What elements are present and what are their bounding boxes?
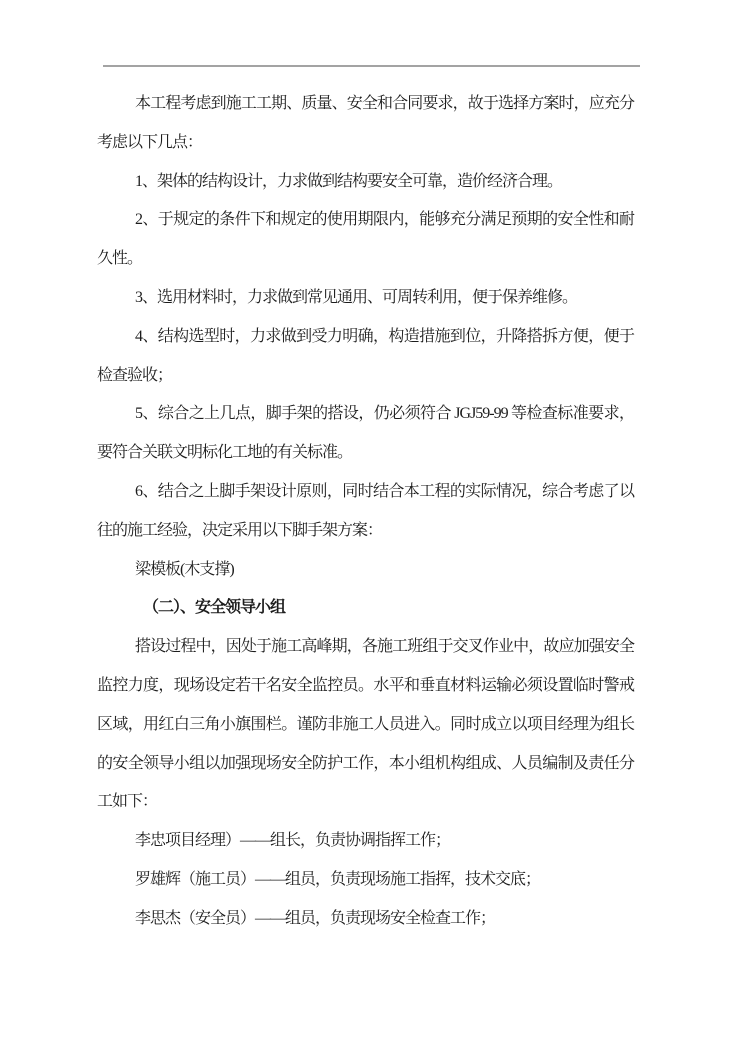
document-page: 本工程考虑到施工工期、质量、安全和合同要求，故于选择方案时，应充分考虑以下几点：… <box>0 0 744 1052</box>
document-body: 本工程考虑到施工工期、质量、安全和合同要求，故于选择方案时，应充分考虑以下几点：… <box>97 85 634 939</box>
paragraph: 李忠项目经理）——组长，负责协调指挥工作； <box>97 822 634 861</box>
section-heading: （二）、安全领导小组 <box>97 589 634 628</box>
paragraph: 3、选用材料时，力求做到常见通用、可周转利用，便于保养维修。 <box>97 279 634 318</box>
paragraph: 搭设过程中，因处于施工高峰期，各施工班组于交叉作业中，故应加强安全监控力度，现场… <box>97 628 634 822</box>
paragraph: 梁模板(木支撑) <box>97 551 634 590</box>
paragraph: 2、于规定的条件下和规定的使用期限内，能够充分满足预期的安全性和耐久性。 <box>97 201 634 279</box>
header-divider <box>103 65 640 67</box>
paragraph: 1、架体的结构设计，力求做到结构要安全可靠，造价经济合理。 <box>97 163 634 202</box>
paragraph: 本工程考虑到施工工期、质量、安全和合同要求，故于选择方案时，应充分考虑以下几点： <box>97 85 634 163</box>
paragraph: 4、结构选型时，力求做到受力明确，构造措施到位，升降搭拆方便，便于检查验收； <box>97 318 634 396</box>
paragraph: 6、结合之上脚手架设计原则，同时结合本工程的实际情况，综合考虑了以往的施工经验，… <box>97 473 634 551</box>
paragraph: 罗雄辉（施工员）——组员，负责现场施工指挥，技术交底； <box>97 861 634 900</box>
paragraph: 李思杰（安全员）——组员，负责现场安全检查工作； <box>97 900 634 939</box>
paragraph: 5、综合之上几点，脚手架的搭设，仍必须符合 JGJ59-99 等检查标准要求，要… <box>97 395 634 473</box>
